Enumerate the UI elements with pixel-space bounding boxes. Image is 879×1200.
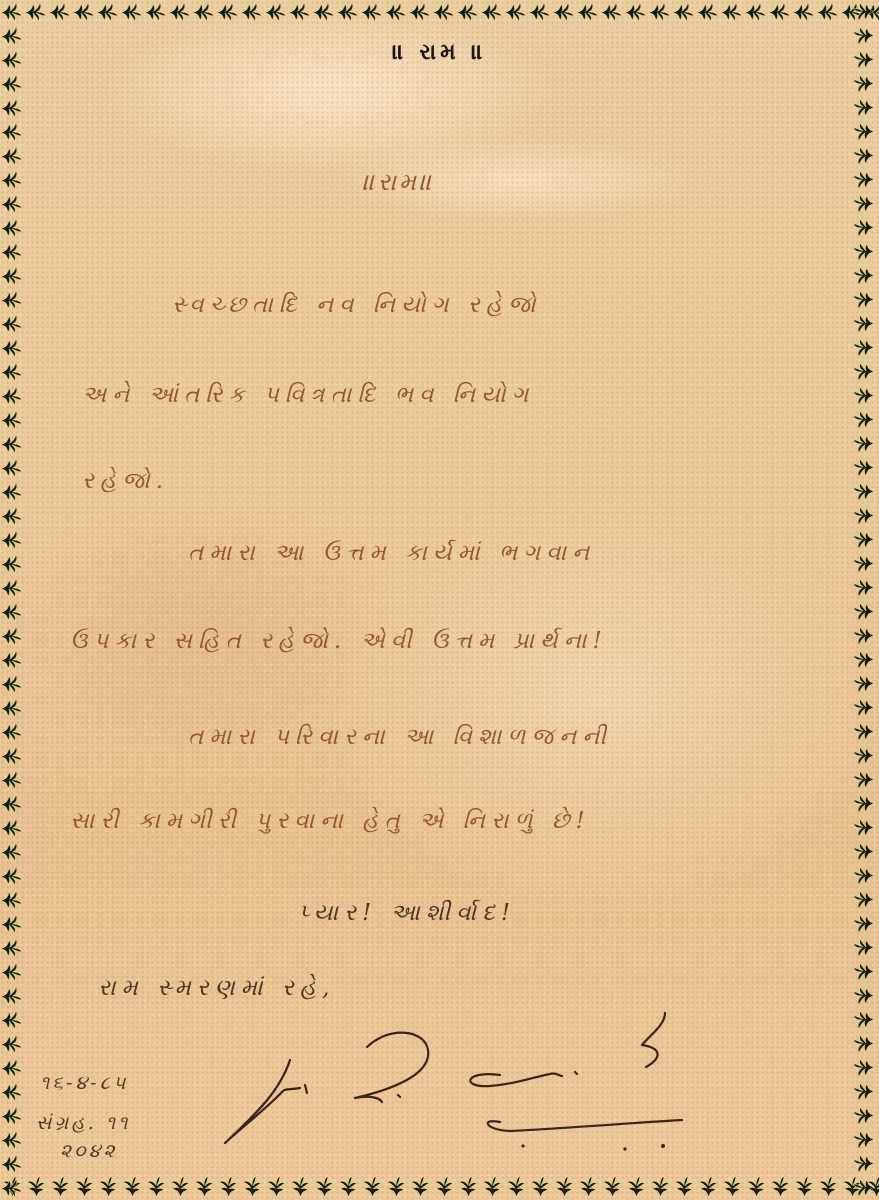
leaf-icon — [48, 1174, 72, 1198]
leaf-icon — [0, 1080, 24, 1104]
leaf-icon — [0, 312, 24, 336]
leaf-icon — [720, 1174, 744, 1198]
leaf-icon — [0, 288, 24, 312]
border-right — [851, 0, 879, 1200]
leaf-icon — [0, 336, 24, 360]
signature — [210, 1010, 770, 1170]
leaf-icon — [432, 1174, 456, 1198]
leaf-icon — [851, 0, 875, 24]
leaf-icon — [851, 528, 875, 552]
leaf-icon — [600, 0, 624, 24]
leaf-icon — [851, 816, 875, 840]
letter-line-4: તમારા આ ઉત્તમ કાર્યમાં ભગવાન — [188, 540, 595, 566]
leaf-icon — [0, 888, 24, 912]
leaf-icon — [851, 1056, 875, 1080]
leaf-icon — [851, 696, 875, 720]
leaf-icon — [851, 504, 875, 528]
leaf-icon — [0, 792, 24, 816]
leaf-icon — [0, 552, 24, 576]
leaf-icon — [851, 480, 875, 504]
leaf-icon — [0, 480, 24, 504]
leaf-icon — [456, 0, 480, 24]
leaf-icon — [0, 840, 24, 864]
leaf-icon — [696, 0, 720, 24]
leaf-icon — [0, 144, 24, 168]
leaf-icon — [168, 0, 192, 24]
leaf-icon — [696, 1174, 720, 1198]
leaf-icon — [48, 0, 72, 24]
leaf-icon — [312, 0, 336, 24]
leaf-icon — [672, 1174, 696, 1198]
leaf-icon — [144, 0, 168, 24]
leaf-icon — [648, 0, 672, 24]
leaf-icon — [336, 0, 360, 24]
leaf-icon — [576, 1174, 600, 1198]
leaf-icon — [384, 0, 408, 24]
leaf-icon — [24, 1174, 48, 1198]
leaf-icon — [528, 1174, 552, 1198]
leaf-icon — [120, 1174, 144, 1198]
leaf-icon — [851, 912, 875, 936]
leaf-icon — [0, 120, 24, 144]
leaf-icon — [96, 1174, 120, 1198]
letter-line-1: સ્વચ્છતાદિ નવ નિયોગ રહેજો — [172, 292, 542, 318]
leaf-icon — [0, 744, 24, 768]
leaf-icon — [0, 984, 24, 1008]
leaf-icon — [0, 1104, 24, 1128]
leaf-icon — [0, 0, 24, 24]
leaf-icon — [648, 1174, 672, 1198]
leaf-icon — [0, 528, 24, 552]
leaf-icon — [552, 0, 576, 24]
letter-page: ॥ રામ ॥ ॥રામ॥ સ્વચ્છતાદિ નવ નિયોગ રહેજો … — [0, 0, 879, 1200]
leaf-icon — [360, 1174, 384, 1198]
leaf-icon — [0, 720, 24, 744]
leaf-icon — [480, 1174, 504, 1198]
leaf-icon — [0, 432, 24, 456]
leaf-icon — [480, 0, 504, 24]
printed-header: ॥ રામ ॥ — [0, 40, 879, 65]
leaf-icon — [851, 432, 875, 456]
leaf-icon — [768, 1174, 792, 1198]
leaf-icon — [240, 0, 264, 24]
leaf-icon — [192, 1174, 216, 1198]
leaf-icon — [0, 1128, 24, 1152]
leaf-icon — [851, 864, 875, 888]
leaf-icon — [120, 0, 144, 24]
leaf-icon — [336, 1174, 360, 1198]
leaf-icon — [851, 408, 875, 432]
leaf-icon — [408, 0, 432, 24]
leaf-icon — [216, 1174, 240, 1198]
leaf-icon — [851, 264, 875, 288]
leaf-icon — [792, 0, 816, 24]
leaf-icon — [851, 960, 875, 984]
leaf-icon — [851, 936, 875, 960]
leaf-icon — [312, 1174, 336, 1198]
leaf-icon — [851, 840, 875, 864]
leaf-icon — [0, 1174, 24, 1198]
leaf-icon — [851, 1032, 875, 1056]
leaf-icon — [504, 1174, 528, 1198]
leaf-icon — [0, 912, 24, 936]
leaf-icon — [0, 1032, 24, 1056]
leaf-icon — [0, 360, 24, 384]
border-bottom — [0, 1174, 879, 1200]
leaf-icon — [792, 1174, 816, 1198]
leaf-icon — [0, 264, 24, 288]
leaf-icon — [851, 336, 875, 360]
leaf-icon — [72, 0, 96, 24]
leaf-icon — [851, 576, 875, 600]
leaf-icon — [851, 984, 875, 1008]
leaf-icon — [840, 0, 864, 24]
leaf-icon — [192, 0, 216, 24]
leaf-icon — [144, 1174, 168, 1198]
leaf-icon — [0, 96, 24, 120]
leaf-icon — [0, 384, 24, 408]
leaf-icon — [0, 456, 24, 480]
leaf-icon — [816, 1174, 840, 1198]
leaf-icon — [851, 768, 875, 792]
leaf-icon — [0, 648, 24, 672]
leaf-icon — [0, 240, 24, 264]
leaf-icon — [851, 552, 875, 576]
leaf-icon — [851, 192, 875, 216]
leaf-icon — [0, 216, 24, 240]
leaf-icon — [552, 1174, 576, 1198]
leaf-icon — [851, 1104, 875, 1128]
leaf-icon — [264, 0, 288, 24]
leaf-icon — [851, 888, 875, 912]
leaf-icon — [0, 1152, 24, 1176]
leaf-icon — [384, 1174, 408, 1198]
leaf-icon — [851, 240, 875, 264]
leaf-icon — [0, 0, 24, 24]
leaf-icon — [851, 144, 875, 168]
leaf-icon — [851, 1152, 875, 1176]
leaf-icon — [72, 1174, 96, 1198]
letter-line-5: ઉપકાર સહિત રહેજો. એવી ઉત્તમ પ્રાર્થના! — [70, 628, 608, 654]
leaf-icon — [456, 1174, 480, 1198]
letter-blessing: પ્યાર! આશીર્વાદ! — [298, 900, 516, 926]
leaf-icon — [600, 1174, 624, 1198]
leaf-icon — [851, 288, 875, 312]
leaf-icon — [0, 576, 24, 600]
leaf-icon — [432, 0, 456, 24]
leaf-icon — [264, 1174, 288, 1198]
leaf-icon — [0, 1056, 24, 1080]
leaf-icon — [0, 1008, 24, 1032]
leaf-icon — [840, 1174, 864, 1198]
leaf-icon — [576, 0, 600, 24]
leaf-icon — [0, 1176, 24, 1200]
leaf-icon — [851, 1080, 875, 1104]
handwritten-heading: ॥રામ॥ — [362, 168, 435, 196]
leaf-icon — [851, 744, 875, 768]
leaf-icon — [851, 624, 875, 648]
leaf-icon — [624, 1174, 648, 1198]
leaf-icon — [744, 0, 768, 24]
leaf-icon — [672, 0, 696, 24]
leaf-icon — [851, 384, 875, 408]
leaf-icon — [0, 192, 24, 216]
date-text: ૧૬-૪-૮૫ — [40, 1072, 129, 1094]
leaf-icon — [168, 1174, 192, 1198]
leaf-icon — [0, 768, 24, 792]
leaf-icon — [768, 0, 792, 24]
leaf-icon — [504, 0, 528, 24]
leaf-icon — [0, 696, 24, 720]
leaf-icon — [240, 1174, 264, 1198]
leaf-icon — [816, 0, 840, 24]
leaf-icon — [720, 0, 744, 24]
leaf-icon — [851, 600, 875, 624]
leaf-icon — [851, 648, 875, 672]
leaf-icon — [864, 0, 879, 24]
leaf-icon — [0, 960, 24, 984]
leaf-icon — [0, 624, 24, 648]
leaf-icon — [288, 0, 312, 24]
leaf-icon — [864, 1174, 879, 1198]
border-top — [0, 0, 879, 26]
letter-line-3: રહેજો. — [82, 468, 169, 494]
leaf-icon — [624, 0, 648, 24]
leaf-icon — [24, 0, 48, 24]
leaf-icon — [408, 1174, 432, 1198]
leaf-icon — [744, 1174, 768, 1198]
border-left — [0, 0, 28, 1200]
leaf-icon — [528, 0, 552, 24]
leaf-icon — [851, 1176, 875, 1200]
leaf-icon — [0, 672, 24, 696]
leaf-icon — [0, 72, 24, 96]
letter-closing: રામ સ્મરણમાં રહે, — [98, 975, 335, 1001]
leaf-icon — [0, 408, 24, 432]
leaf-icon — [851, 72, 875, 96]
leaf-icon — [851, 120, 875, 144]
leaf-icon — [0, 168, 24, 192]
letter-line-2: અને આંતરિક પવિત્રતાદિ ભવ નિયોગ — [82, 382, 534, 408]
leaf-icon — [216, 0, 240, 24]
date-year: ૨૦૪૨ — [60, 1140, 118, 1162]
leaf-icon — [360, 0, 384, 24]
leaf-icon — [0, 816, 24, 840]
leaf-icon — [0, 504, 24, 528]
leaf-icon — [851, 312, 875, 336]
leaf-icon — [851, 456, 875, 480]
leaf-icon — [0, 864, 24, 888]
letter-line-7: સારી કામગીરી પુરવાના હેતુ એ નિરાળું છે! — [70, 808, 591, 834]
date-line-2: સંગ્રહ. ૧૧ — [36, 1112, 130, 1134]
leaf-icon — [851, 168, 875, 192]
leaf-icon — [0, 600, 24, 624]
leaf-icon — [851, 216, 875, 240]
leaf-icon — [851, 792, 875, 816]
leaf-icon — [851, 672, 875, 696]
leaf-icon — [96, 0, 120, 24]
leaf-icon — [851, 96, 875, 120]
leaf-icon — [0, 936, 24, 960]
letter-line-6: તમારા પરિવારના આ વિશાળજનની — [188, 724, 612, 750]
leaf-icon — [851, 1008, 875, 1032]
leaf-icon — [851, 720, 875, 744]
leaf-icon — [851, 360, 875, 384]
leaf-icon — [288, 1174, 312, 1198]
leaf-icon — [851, 1128, 875, 1152]
